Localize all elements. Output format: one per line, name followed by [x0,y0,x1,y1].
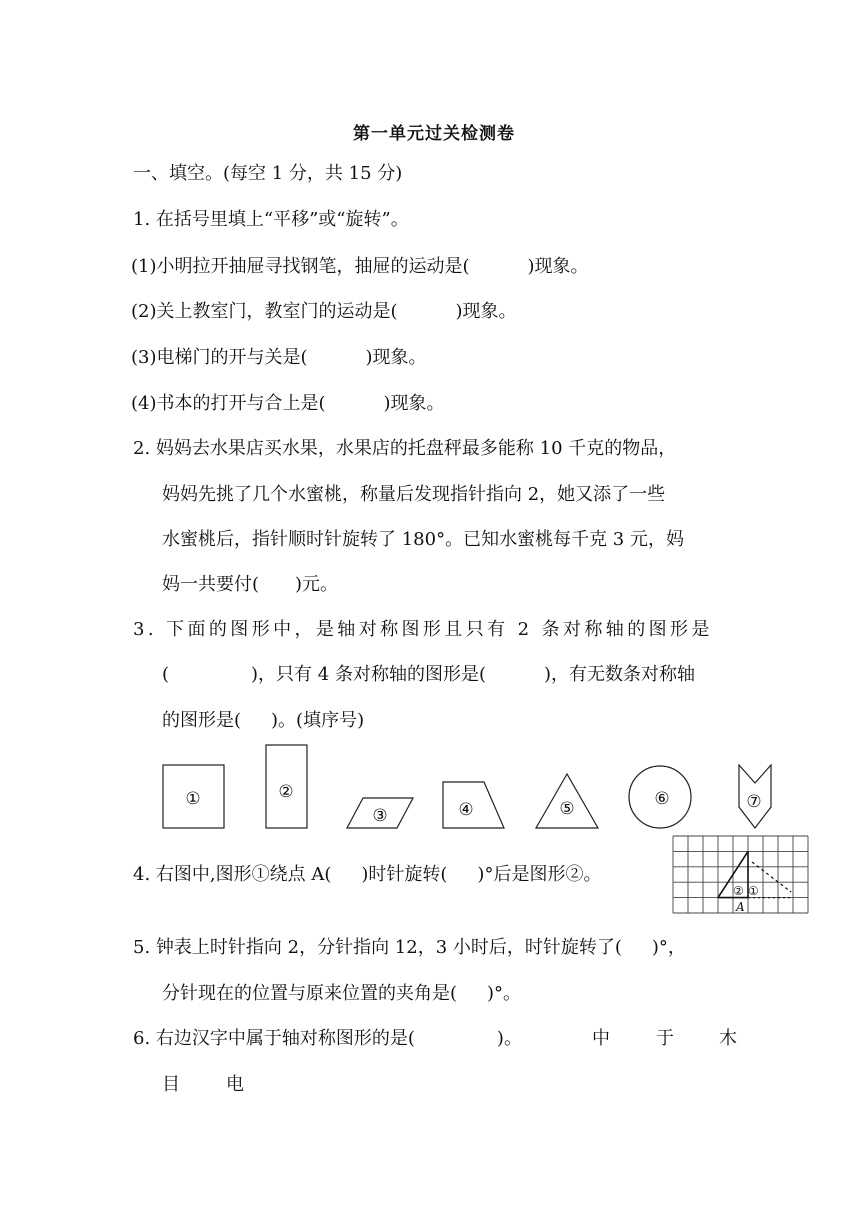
q6-char-1: 中 [592,1028,610,1050]
q5-text: 5. 钟表上时针指向 2，分针指向 12，3 小时后，时针旋转了( [133,937,622,958]
q5-text: )°， [652,937,686,958]
shape-label-7: ⑦ [746,792,761,812]
q4-line: 4. 右图中,图形①绕点 A()时针旋转()°后是图形②。 [133,864,601,886]
point-a-label: A [735,900,745,914]
rotation-grid-figure: ② ① A [673,836,809,914]
grid-label-1: ① [748,884,759,898]
q4-text: )°后是图形②。 [477,864,601,885]
q6-line-1: 6. 右边汉字中属于轴对称图形的是()。 [133,1028,522,1050]
grid-label-2: ② [733,884,744,898]
q6-char-4: 目 [162,1074,180,1096]
shape-label-6: ⑥ [654,789,669,809]
q4-text: )时针旋转( [361,864,447,885]
q4-text: 4. 右图中,图形①绕点 A( [133,864,331,885]
shape-label-4: ④ [458,800,473,820]
shape-label-5: ⑤ [559,799,574,819]
q5-text: 分针现在的位置与原来位置的夹角是( [162,983,457,1004]
q6-char-5: 电 [226,1074,244,1096]
q6-char-2: 于 [656,1028,674,1050]
shape-label-3: ③ [372,806,387,826]
shape-label-1: ① [185,789,200,809]
shapes-figure: ① ② ③ ④ ⑤ ⑥ ⑦ [0,0,868,900]
q5-text: )°。 [487,983,521,1004]
q6-text: 6. 右边汉字中属于轴对称图形的是( [133,1028,415,1049]
q6-text: )。 [497,1028,522,1049]
shape-label-2: ② [278,782,293,802]
q5-line-1: 5. 钟表上时针指向 2，分针指向 12，3 小时后，时针旋转了()°， [133,937,686,959]
q6-char-3: 木 [719,1028,737,1050]
q5-line-2: 分针现在的位置与原来位置的夹角是()°。 [162,983,521,1005]
